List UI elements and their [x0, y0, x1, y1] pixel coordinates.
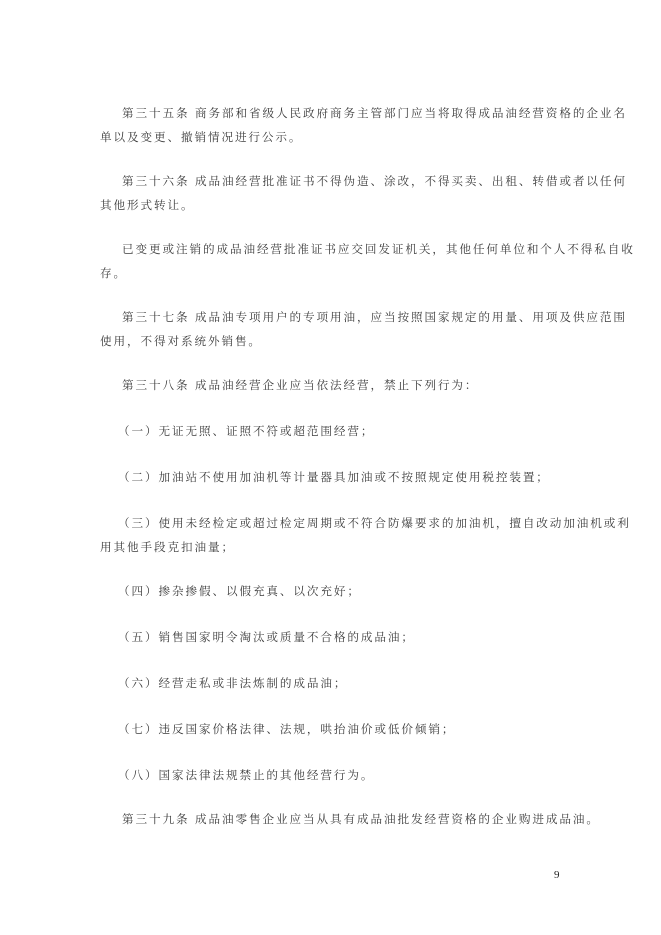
article-38-item-3-line-1: （三）使用未经检定或超过检定周期或不符合防爆要求的加油机，擅自改动加油机或利	[118, 515, 580, 531]
article-36-line-1: 第三十六条 成品油经营批准证书不得伪造、涂改，不得买卖、出租、转借或者以任何	[122, 173, 584, 189]
article-37-line-1: 第三十七条 成品油专项用户的专项用油，应当按照国家规定的用量、用项及供应范围	[122, 309, 584, 325]
article-35-line-2: 单以及变更、撤销情况进行公示。	[100, 129, 562, 145]
article-38-item-5: （五）销售国家明令淘汰或质量不合格的成品油；	[118, 629, 580, 645]
article-38-item-3-line-2: 用其他手段克扣油量；	[100, 539, 562, 555]
article-37-line-2: 使用，不得对系统外销售。	[100, 333, 562, 349]
document-page: 第三十五条 商务部和省级人民政府商务主管部门应当将取得成品油经营资格的企业名 单…	[0, 0, 661, 935]
article-38-item-4: （四）掺杂掺假、以假充真、以次充好；	[118, 583, 580, 599]
article-38-item-7: （七）违反国家价格法律、法规，哄抬油价或低价倾销；	[118, 721, 580, 737]
article-36-para-2-line-1: 已变更或注销的成品油经营批准证书应交回发证机关，其他任何单位和个人不得私自收	[122, 241, 584, 257]
article-39-line-1: 第三十九条 成品油零售企业应当从具有成品油批发经营资格的企业购进成品油。	[122, 811, 584, 827]
article-36-line-2: 其他形式转让。	[100, 197, 562, 213]
article-38-item-8: （八）国家法律法规禁止的其他经营行为。	[118, 767, 580, 783]
article-38-item-2: （二）加油站不使用加油机等计量器具加油或不按照规定使用税控装置；	[118, 469, 580, 485]
page-number: 9	[554, 869, 560, 881]
article-36-para-2-line-2: 存。	[100, 265, 562, 281]
article-35-line-1: 第三十五条 商务部和省级人民政府商务主管部门应当将取得成品油经营资格的企业名	[122, 105, 584, 121]
article-38-item-6: （六）经营走私或非法炼制的成品油；	[118, 675, 580, 691]
article-38-heading: 第三十八条 成品油经营企业应当依法经营，禁止下列行为：	[122, 377, 584, 393]
article-38-item-1: （一）无证无照、证照不符或超范围经营；	[118, 423, 580, 439]
